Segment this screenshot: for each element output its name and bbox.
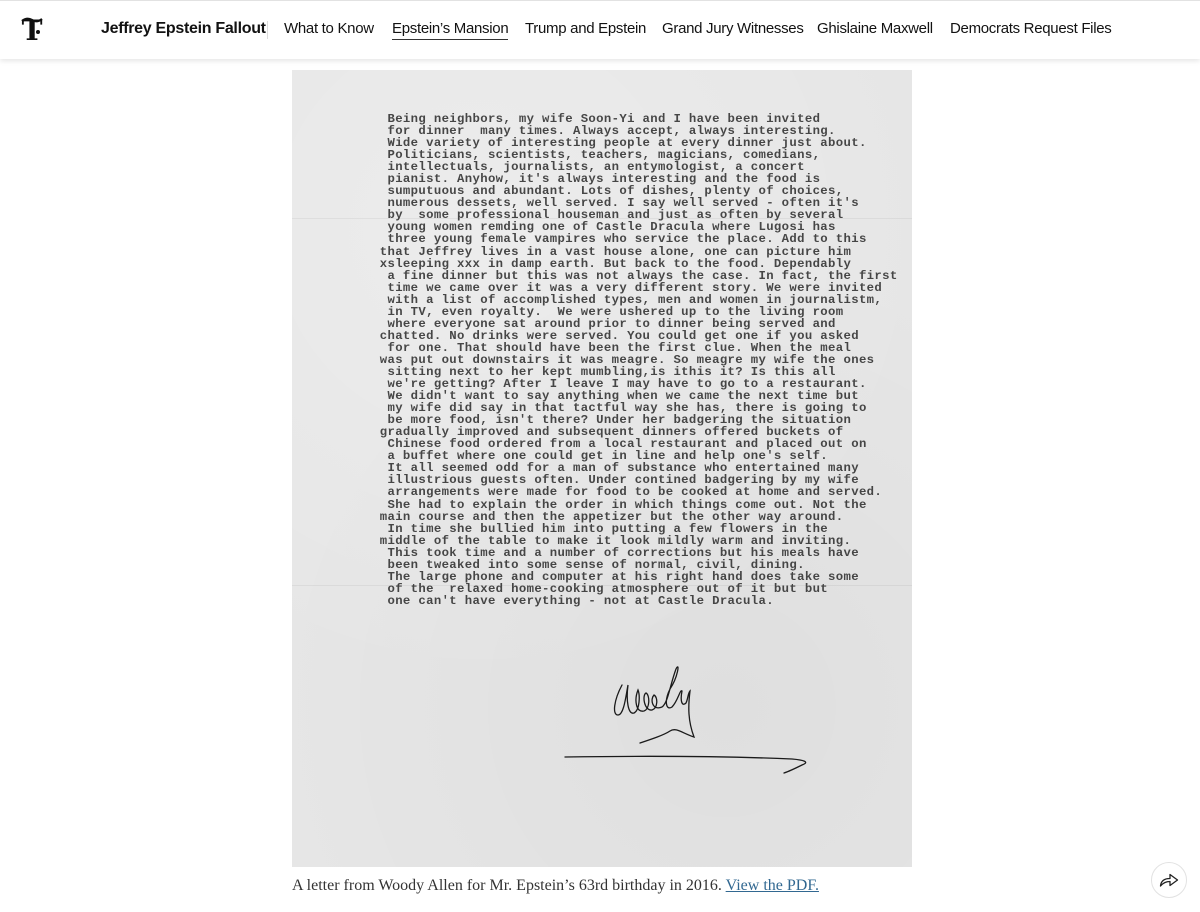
nav-item-what-to-know[interactable]: What to Know [284,20,374,37]
letter-image: Being neighbors, my wife Soon-Yi and I h… [292,70,912,867]
header-divider [267,21,268,39]
share-button[interactable] [1151,862,1187,898]
caption-text: A letter from Woody Allen for Mr. Epstei… [292,877,726,894]
woody-signature [552,655,832,785]
nav-item-grand-jury-witnesses[interactable]: Grand Jury Witnesses [662,20,804,37]
nav-item-democrats-request-files[interactable]: Democrats Request Files [950,20,1112,37]
view-pdf-link[interactable]: View the PDF. [726,877,819,894]
nav-item-trump-and-epstein[interactable]: Trump and Epstein [525,20,646,37]
typewritten-letter-text: Being neighbors, my wife Soon-Yi and I h… [372,113,898,607]
nyt-logo-icon[interactable]: T [19,15,45,45]
share-arrow-icon [1159,872,1179,888]
nav-item-epsteins-mansion[interactable]: Epstein’s Mansion [392,20,508,40]
section-title[interactable]: Jeffrey Epstein Fallout [101,20,266,38]
site-header: T Jeffrey Epstein Fallout What to Know E… [0,0,1200,59]
nav-item-ghislaine-maxwell[interactable]: Ghislaine Maxwell [817,20,933,37]
image-caption: A letter from Woody Allen for Mr. Epstei… [292,877,819,895]
